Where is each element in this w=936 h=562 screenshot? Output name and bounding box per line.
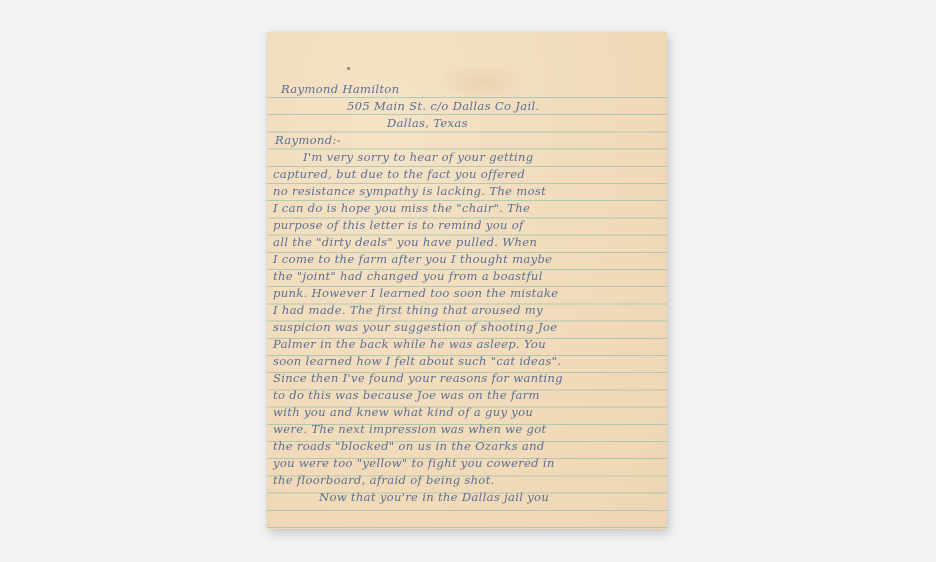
recipient-city: Dallas, Texas (387, 115, 661, 132)
body-line: all the "dirty deals" you have pulled. W… (273, 234, 661, 251)
body-line: punk. However I learned too soon the mis… (273, 285, 661, 302)
body-line: Palmer in the back while he was asleep. … (273, 336, 661, 353)
body-line: I'm very sorry to hear of your getting (303, 149, 661, 166)
body-line: captured, but due to the fact you offere… (273, 166, 661, 183)
recipient-address: 505 Main St. c/o Dallas Co Jail. (347, 98, 661, 115)
body-line: the floorboard, afraid of being shot. (273, 472, 661, 489)
salutation: Raymond:- (275, 132, 661, 149)
body-line: the "joint" had changed you from a boast… (273, 268, 661, 285)
body-line: you were too "yellow" to fight you cower… (273, 455, 661, 472)
body-line: suspicion was your suggestion of shootin… (273, 319, 661, 336)
body-line: I come to the farm after you I thought m… (273, 251, 661, 268)
body-line: with you and knew what kind of a guy you (273, 404, 661, 421)
body-line: Since then I've found your reasons for w… (273, 370, 661, 387)
recipient-name: Raymond Hamilton (281, 81, 661, 98)
body-line: I can do is hope you miss the "chair". T… (273, 200, 661, 217)
body-line: purpose of this letter is to remind you … (273, 217, 661, 234)
body-line: to do this was because Joe was on the fa… (273, 387, 661, 404)
body-line: Now that you're in the Dallas jail you (319, 489, 661, 506)
body-line: soon learned how I felt about such "cat … (273, 353, 661, 370)
paper-mark (347, 67, 350, 70)
body-line: were. The next impression was when we go… (273, 421, 661, 438)
letter-paper: Raymond Hamilton 505 Main St. c/o Dallas… (267, 32, 667, 529)
body-line: I had made. The first thing that aroused… (273, 302, 661, 319)
body-line: the roads "blocked" on us in the Ozarks … (273, 438, 661, 455)
body-line: no resistance sympathy is lacking. The m… (273, 183, 661, 200)
